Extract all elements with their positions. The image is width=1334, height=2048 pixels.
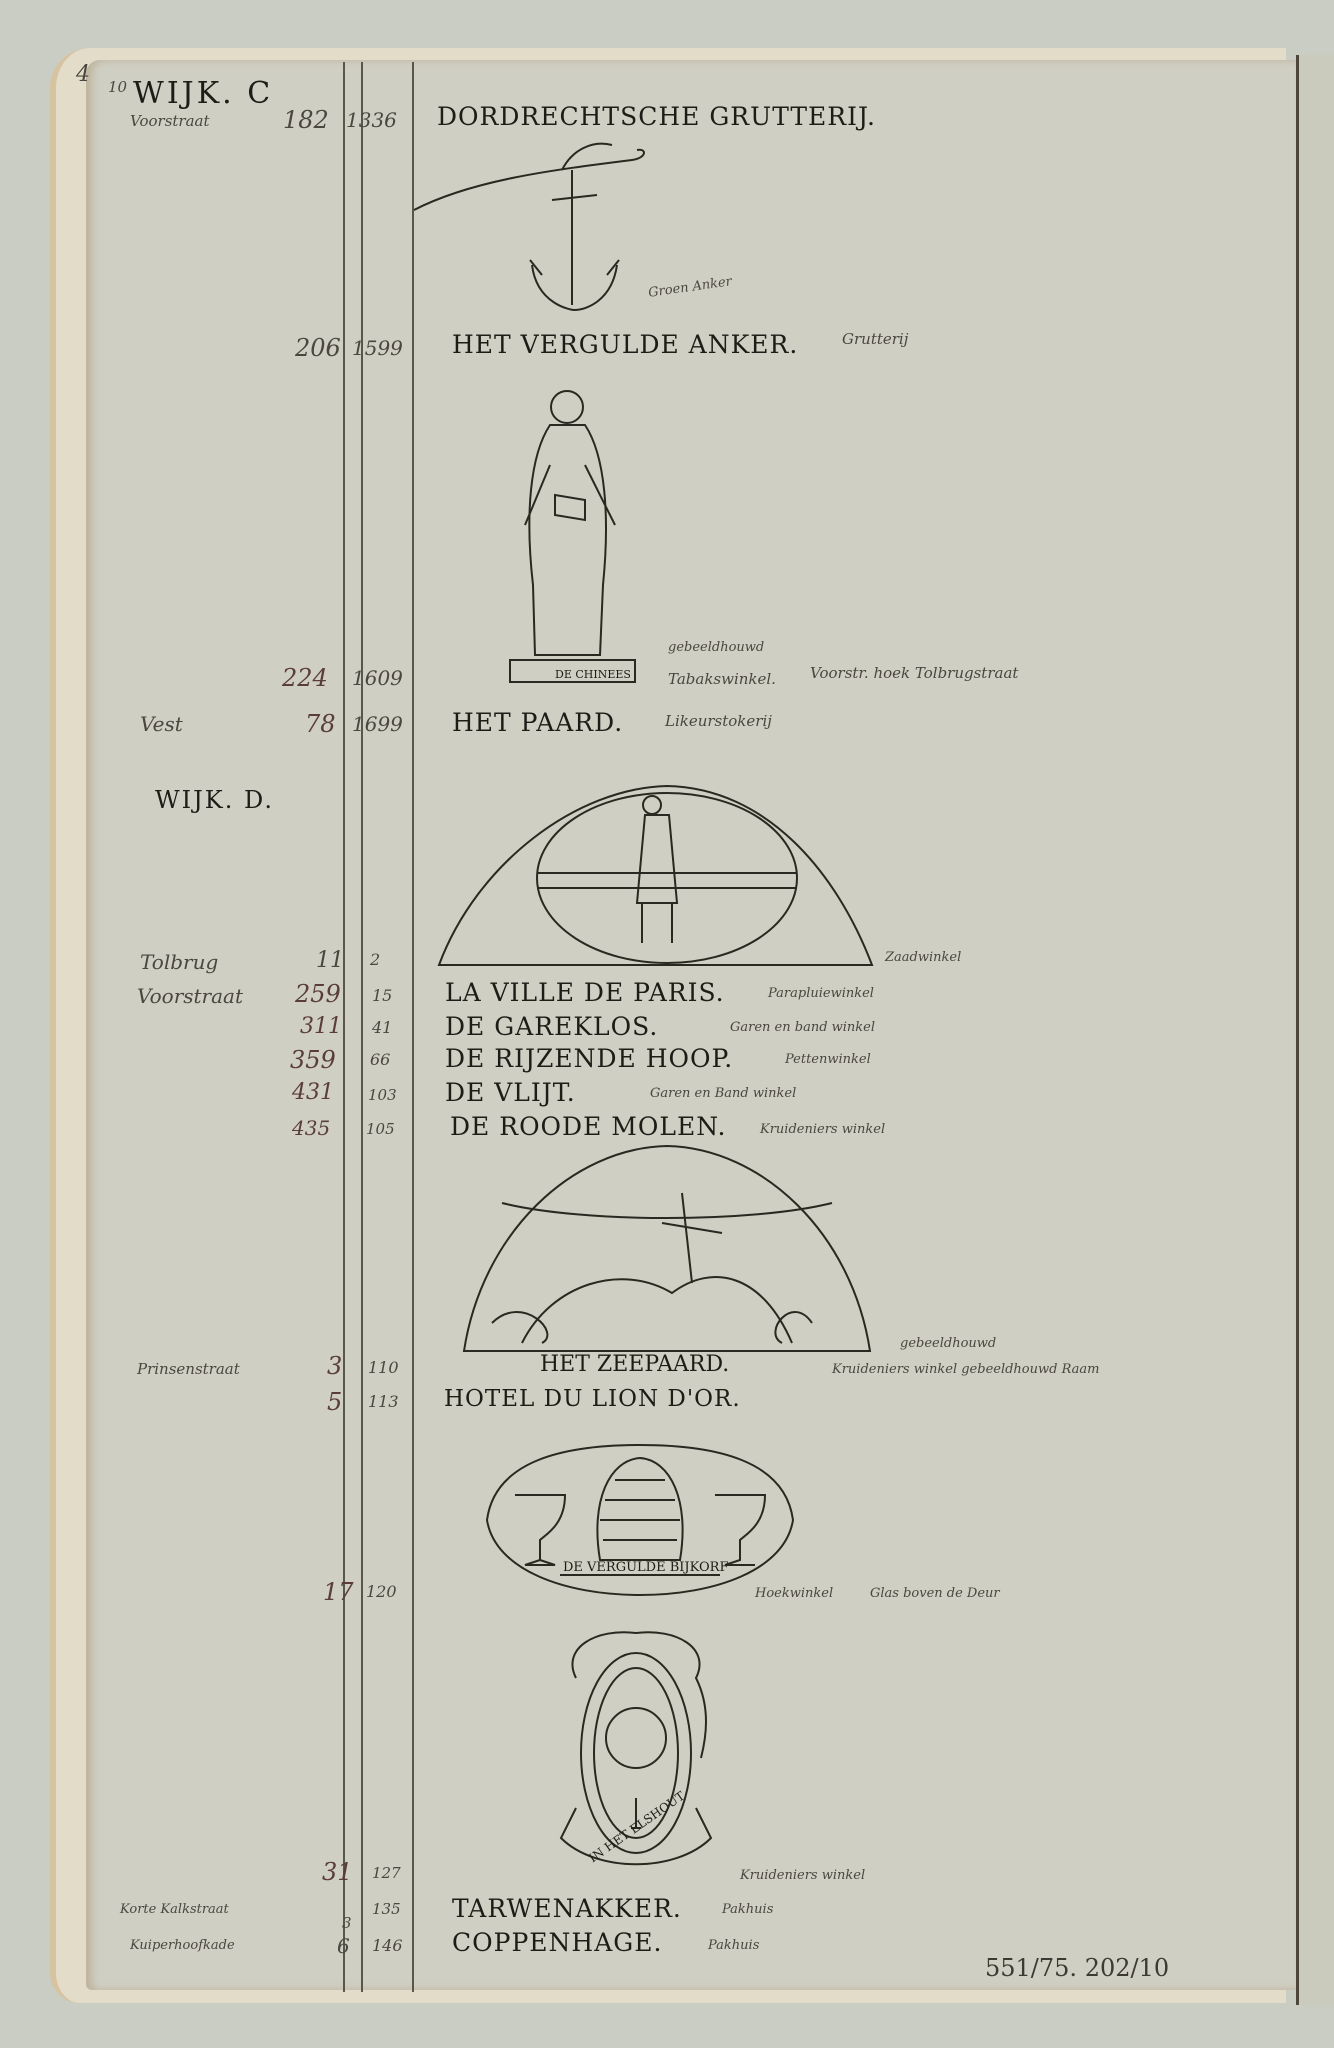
house-number: 17 [323,1578,354,1606]
note: Hoekwinkel [755,1586,833,1601]
house-number: 3 [327,1352,342,1380]
note: Parapluiewinkel [768,986,874,1001]
note: Zaadwinkel [885,950,961,965]
street: Korte Kalkstraat [120,1902,229,1917]
note: Garen en Band winkel [650,1086,796,1101]
note: Kruideniers winkel gebeeldhouwd Raam [832,1362,1100,1377]
catalog-reference: 551/75. 202/10 [985,1954,1169,1982]
note: Garen en band winkel [730,1020,875,1035]
register-number: 1609 [352,666,403,690]
note: Pettenwinkel [785,1052,871,1067]
illustration-label: DE VERGULDE BIJKORF [563,1560,728,1575]
register-number: 41 [372,1018,392,1037]
note: Kruideniers winkel [740,1868,865,1883]
note-2: Glas boven de Deur [870,1586,1000,1601]
register-number: 120 [366,1582,397,1601]
sign-name: LA VILLE DE PARIS. [445,978,725,1007]
note-location: Voorstr. hoek Tolbrugstraat [810,664,1018,682]
street: Voorstraat [130,112,210,130]
street: Prinsenstraat [137,1360,240,1378]
register-number: 1599 [352,336,403,360]
register-number: 113 [368,1392,399,1411]
sower-half-round-icon [437,783,877,968]
house-number: 311 [300,1014,342,1039]
sign-name: HET PAARD. [452,708,623,737]
column-rule-house [343,62,345,1992]
section-heading-wijk-d: WIJK. D. [155,786,274,814]
sign-name: HET VERGULDE ANKER. [452,330,798,359]
note: Grutterij [842,330,908,348]
figure-de-chinees-icon [505,385,645,690]
margin-line-number: 10 [108,78,127,96]
facing-page-edge [1296,55,1334,2005]
note-above: gebeeldhouwd [668,640,764,655]
register-number: 15 [372,986,392,1005]
sign-name: DE ROODE MOLEN. [450,1112,726,1141]
house-number: 3 [342,1914,352,1932]
note: Kruideniers winkel [760,1122,885,1137]
house-number: 259 [295,980,341,1008]
beehive-oval-icon [485,1440,795,1600]
sign-name: DORDRECHTSCHE GRUTTERIJ. [437,102,876,131]
street: Voorstraat [137,984,243,1008]
house-number: 182 [283,106,329,134]
note: Pakhuis [708,1938,759,1953]
house-number: 31 [322,1858,353,1886]
note: Pakhuis [722,1902,773,1917]
note: Likeurstokerij [665,712,772,730]
street: Tolbrug [140,950,218,974]
house-number: 359 [290,1046,336,1074]
register-number: 1699 [352,712,403,736]
street: Kuiperhoofkade [130,1938,235,1953]
note-above: gebeeldhouwd [900,1336,996,1351]
section-heading-wijk-c: WIJK. C [133,76,273,111]
sign-name: DE RIJZENDE HOOP. [445,1044,733,1073]
sign-name: HET ZEEPAARD. [540,1352,729,1377]
register-number: 105 [366,1120,395,1138]
zeepaard-half-round-icon [462,1143,872,1353]
sign-name: TARWENAKKER. [452,1894,682,1923]
margin-page-number: 4 [76,62,90,87]
note: Tabakswinkel. [668,670,776,688]
sign-name: DE GAREKLOS. [445,1012,658,1041]
house-number: 5 [327,1388,342,1416]
sign-name: HOTEL DU LION D'OR. [444,1386,741,1412]
sign-name: DE VLIJT. [445,1078,576,1107]
register-number: 1336 [346,108,397,132]
column-rule-register [412,62,414,1992]
house-number: 6 [337,1934,350,1958]
register-number: 127 [372,1864,401,1882]
house-number: 11 [316,948,344,973]
register-number: 146 [372,1936,403,1955]
register-number: 66 [370,1050,390,1069]
house-number: 431 [292,1080,334,1105]
register-number: 103 [368,1086,397,1104]
house-number: 206 [295,334,341,362]
street: Vest [140,712,183,736]
house-number: 435 [292,1116,330,1140]
register-number: 2 [370,950,380,969]
anchor-illustration-icon [412,140,652,320]
illustration-label: DE CHINEES [555,668,631,681]
house-number: 78 [305,710,336,738]
house-number: 224 [282,664,328,692]
sign-name: COPPENHAGE. [452,1928,662,1957]
tree-cartouche-icon [556,1628,716,1878]
register-number: 135 [372,1900,401,1918]
register-number: 110 [368,1358,399,1377]
